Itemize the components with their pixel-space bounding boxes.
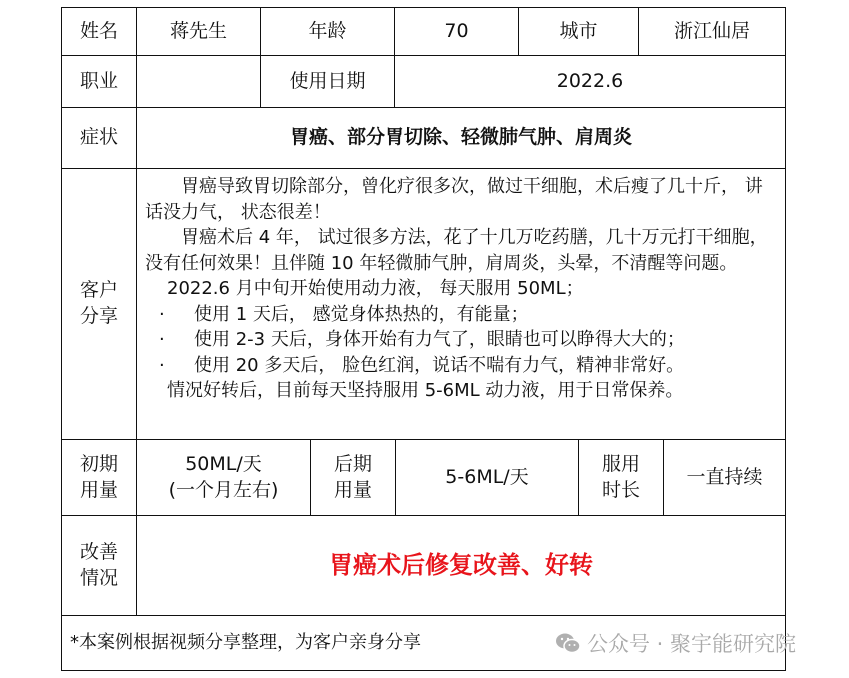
label-line: 服用: [602, 452, 640, 478]
story-paragraph-2: 胃癌术后 4 年， 试过很多方法，花了十几万吃药膳，几十万元打干细胞，没有任何效…: [145, 225, 777, 276]
story-bullet: ·使用 20 多天后， 脸色红润，说话不喘有力气，精神非常好。: [145, 353, 684, 379]
improvement-row: 改善 情况 胃癌术后修复改善、好转: [62, 516, 785, 616]
label-line: 时长: [602, 478, 640, 504]
label-line: 后期: [334, 452, 372, 478]
watermark-text: 公众号 · 聚宇能研究院: [587, 628, 796, 658]
share-row: 客户 分享 胃癌导致胃切除部分，曾化疗很多次，做过干细胞，术后瘦了几十斤， 讲话…: [62, 169, 785, 440]
story-bullet: ·使用 2-3 天后，身体开始有力气了，眼睛也可以睁得大大的；: [145, 327, 685, 353]
later-dose-label: 后期 用量: [311, 440, 396, 515]
info-row: 姓名 蒋先生 年龄 70 城市 浙江仙居: [62, 8, 785, 56]
bullet-dot-icon: ·: [159, 327, 194, 353]
bullet-text: 使用 1 天后， 感觉身体热热的，有能量；: [194, 304, 529, 325]
initial-dose-label: 初期 用量: [62, 440, 137, 515]
share-label: 客户 分享: [62, 169, 137, 439]
city-value: 浙江仙居: [639, 8, 785, 55]
value-line: 50ML/天: [185, 452, 262, 478]
age-label: 年龄: [261, 8, 395, 55]
story-paragraph-3: 2022.6 月中旬开始使用动力液， 每天服用 50ML；: [145, 276, 584, 302]
story-paragraph-4: 情况好转后，目前每天坚持服用 5-6ML 动力液，用于日常保养。: [145, 378, 683, 404]
age-value: 70: [395, 8, 519, 55]
improvement-label: 改善 情况: [62, 516, 137, 615]
symptoms-value: 胃癌、部分胃切除、轻微肺气肿、肩周炎: [137, 108, 785, 168]
date-value: 2022.6: [395, 56, 785, 107]
later-dose-value: 5-6ML/天: [396, 440, 579, 515]
value-line: (一个月左右): [169, 478, 279, 504]
job-row: 职业 使用日期 2022.6: [62, 56, 785, 108]
story-paragraph-1: 胃癌导致胃切除部分，曾化疗很多次，做过干细胞，术后瘦了几十斤， 讲话没力气， 状…: [145, 174, 777, 225]
label-line: 初期: [80, 452, 118, 478]
name-label: 姓名: [62, 8, 137, 55]
job-label: 职业: [62, 56, 137, 107]
job-value: [137, 56, 261, 107]
wechat-icon: [555, 632, 581, 654]
share-label-line1: 客户: [80, 278, 118, 304]
symptoms-row: 症状 胃癌、部分胃切除、轻微肺气肿、肩周炎: [62, 108, 785, 169]
label-line: 改善: [80, 540, 118, 566]
share-story: 胃癌导致胃切除部分，曾化疗很多次，做过干细胞，术后瘦了几十斤， 讲话没力气， 状…: [137, 169, 785, 439]
case-table: 姓名 蒋先生 年龄 70 城市 浙江仙居 职业 使用日期 2022.6 症状 胃…: [61, 7, 786, 671]
label-line: 情况: [80, 566, 118, 592]
label-line: 用量: [334, 478, 372, 504]
bullet-dot-icon: ·: [159, 353, 194, 379]
watermark: 公众号 · 聚宇能研究院: [555, 628, 796, 658]
bullet-text: 使用 2-3 天后，身体开始有力气了，眼睛也可以睁得大大的；: [194, 329, 685, 350]
duration-label: 服用 时长: [579, 440, 664, 515]
symptoms-label: 症状: [62, 108, 137, 168]
bullet-text: 使用 20 多天后， 脸色红润，说话不喘有力气，精神非常好。: [194, 355, 684, 376]
dosage-row: 初期 用量 50ML/天 (一个月左右) 后期 用量 5-6ML/天 服用 时长…: [62, 440, 785, 516]
label-line: 用量: [80, 478, 118, 504]
date-label: 使用日期: [261, 56, 395, 107]
city-label: 城市: [519, 8, 639, 55]
initial-dose-value: 50ML/天 (一个月左右): [137, 440, 311, 515]
duration-value: 一直持续: [664, 440, 785, 515]
bullet-dot-icon: ·: [159, 302, 194, 328]
name-value: 蒋先生: [137, 8, 261, 55]
share-label-line2: 分享: [80, 304, 118, 330]
improvement-value: 胃癌术后修复改善、好转: [137, 516, 785, 615]
story-bullet: ·使用 1 天后， 感觉身体热热的，有能量；: [145, 302, 529, 328]
